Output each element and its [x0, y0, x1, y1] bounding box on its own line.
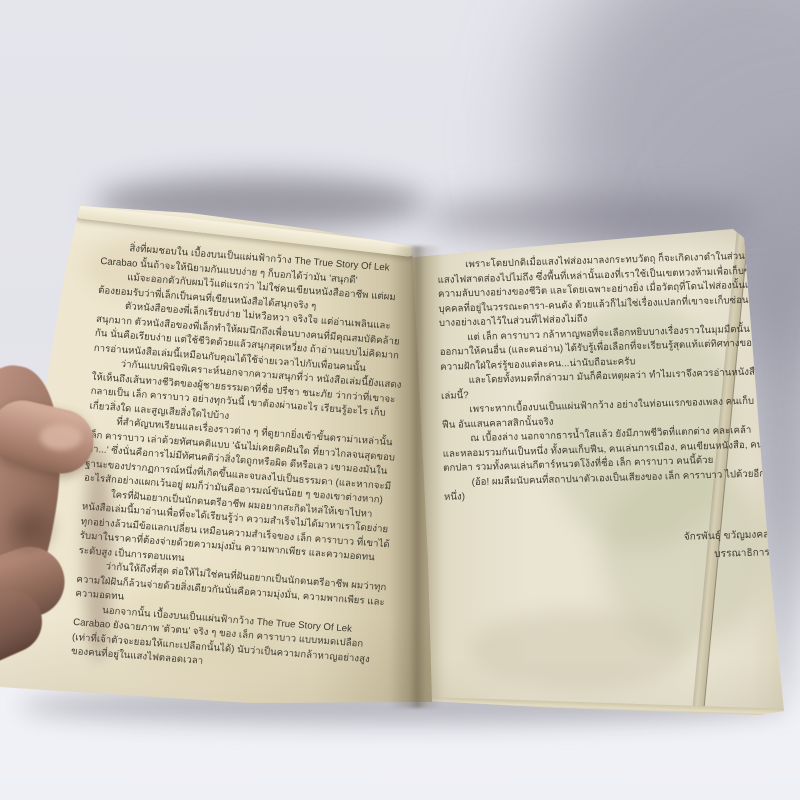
hand-shadow-on-page — [84, 446, 112, 661]
right-page-paragraphs: เพราะโดยปกติเมื่อแสงไฟส่องมาลงกระทบวัตถุ… — [437, 249, 770, 505]
right-page-text: เพราะโดยปกติเมื่อแสงไฟส่องมาลงกระทบวัตถุ… — [437, 249, 772, 572]
hand-holding-book — [0, 350, 138, 680]
paper-show-through-stain — [470, 610, 690, 690]
hand-crease-shadow — [0, 498, 60, 558]
book-gutter-shadow — [390, 246, 442, 708]
thumb-highlight — [40, 424, 82, 450]
photo-open-book: เพราะโดยปกติเมื่อแสงไฟส่องมาลงกระทบวัตถุ… — [0, 0, 800, 800]
paragraph: เพราะโดยปกติเมื่อแสงไฟส่องมาลงกระทบวัตถุ… — [437, 249, 765, 331]
